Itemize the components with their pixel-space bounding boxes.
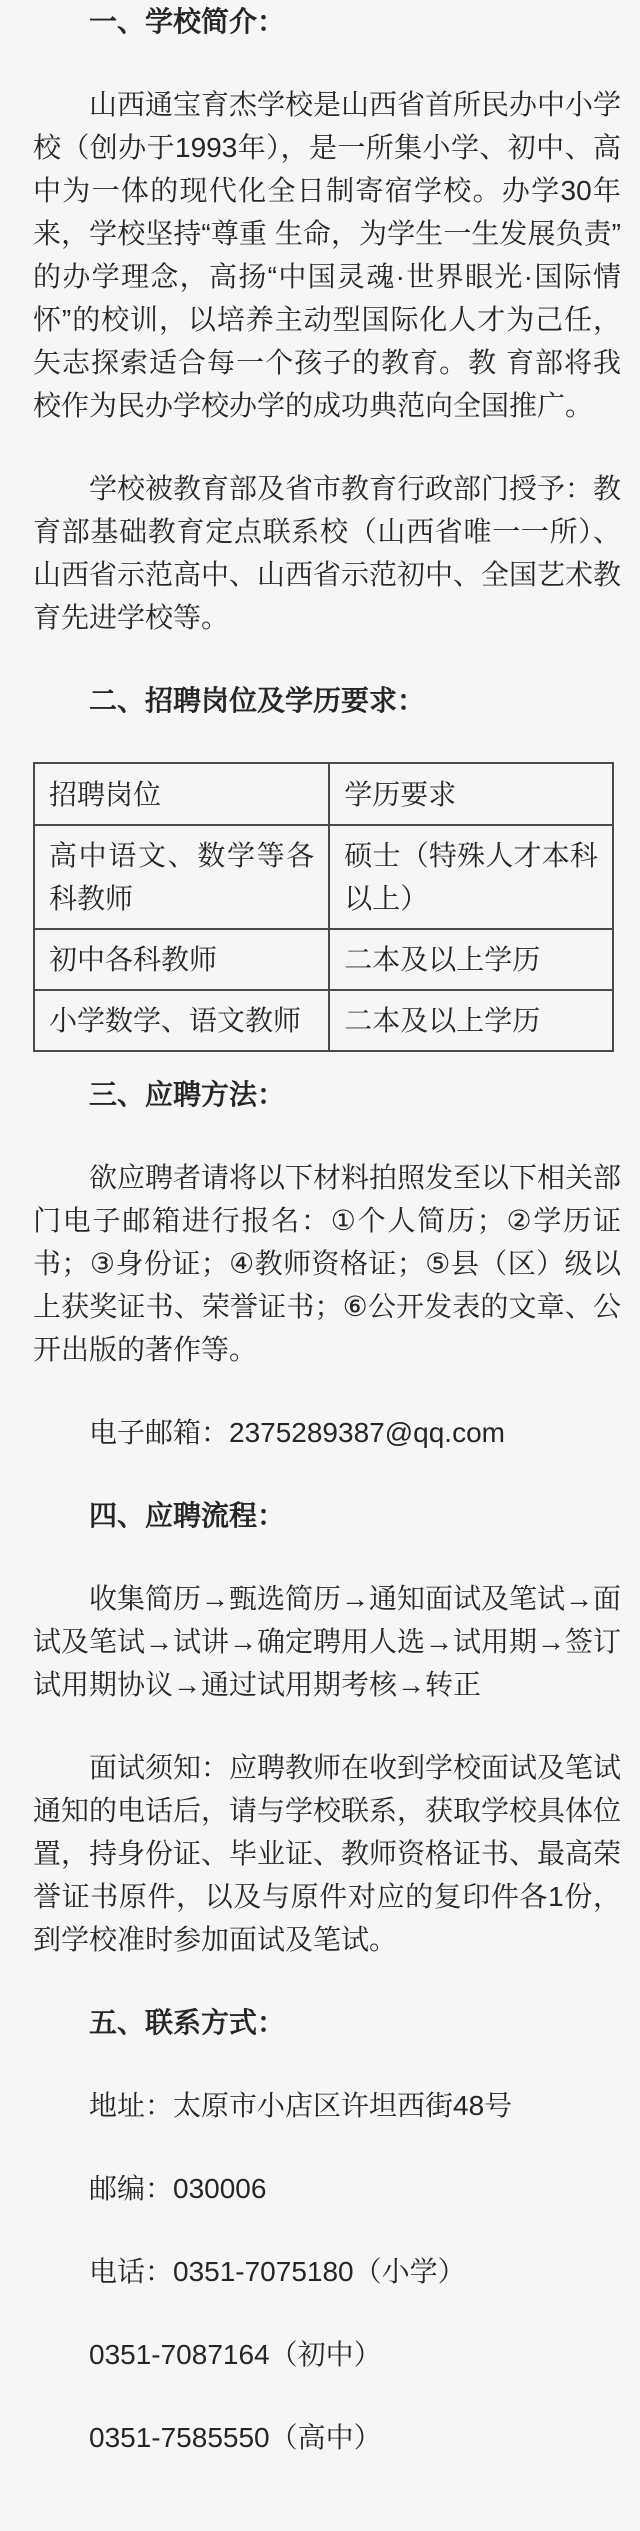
table-row: 高中语文、数学等各科教师 硕士（特殊人才本科以上） (34, 825, 613, 929)
table-cell-degree: 二本及以上学历 (329, 929, 613, 990)
section-heading-contact: 五、联系方式： (33, 2001, 621, 2044)
table-cell-position: 高中语文、数学等各科教师 (34, 825, 329, 929)
table-header-row: 招聘岗位 学历要求 (34, 763, 613, 825)
section-heading-intro: 一、学校简介： (33, 0, 621, 43)
contact-address: 地址：太原市小店区许坦西街48号 (33, 2084, 621, 2127)
intro-paragraph-2: 学校被教育部及省市教育行政部门授予：教育部基础教育定点联系校（山西省唯一一所）、… (33, 467, 621, 639)
contact-phone-primary: 电话：0351-7075180（小学） (33, 2250, 621, 2293)
interview-notice: 面试须知：应聘教师在收到学校面试及笔试通知的电话后，请与学校联系，获取学校具体位… (33, 1746, 621, 1961)
section-heading-method: 三、应聘方法： (33, 1073, 621, 1116)
table-cell-position: 小学数学、语文教师 (34, 990, 329, 1051)
table-row: 初中各科教师 二本及以上学历 (34, 929, 613, 990)
table-cell-position: 初中各科教师 (34, 929, 329, 990)
recruitment-document: 一、学校简介： 山西通宝育杰学校是山西省首所民办中小学校（创办于1993年），是… (0, 0, 640, 2531)
section-heading-process: 四、应聘流程： (33, 1494, 621, 1537)
table-header-position: 招聘岗位 (34, 763, 329, 825)
table-cell-degree: 硕士（特殊人才本科以上） (329, 825, 613, 929)
positions-table: 招聘岗位 学历要求 高中语文、数学等各科教师 硕士（特殊人才本科以上） 初中各科… (33, 762, 614, 1052)
contact-phone-high: 0351-7585550（高中） (33, 2416, 621, 2459)
method-paragraph: 欲应聘者请将以下材料拍照发至以下相关部门电子邮箱进行报名：①个人简历；②学历证书… (33, 1156, 621, 1371)
table-row: 小学数学、语文教师 二本及以上学历 (34, 990, 613, 1051)
intro-paragraph-1: 山西通宝育杰学校是山西省首所民办中小学校（创办于1993年），是一所集小学、初中… (33, 83, 621, 427)
process-flow: 收集简历→甄选简历→通知面试及笔试→面试及笔试→试讲→确定聘用人选→试用期→签订… (33, 1577, 621, 1706)
section-heading-positions: 二、招聘岗位及学历要求： (33, 679, 621, 722)
table-header-degree: 学历要求 (329, 763, 613, 825)
table-cell-degree: 二本及以上学历 (329, 990, 613, 1051)
contact-postcode: 邮编：030006 (33, 2167, 621, 2210)
email-line: 电子邮箱：2375289387@qq.com (33, 1411, 621, 1454)
contact-phone-middle: 0351-7087164（初中） (33, 2333, 621, 2376)
